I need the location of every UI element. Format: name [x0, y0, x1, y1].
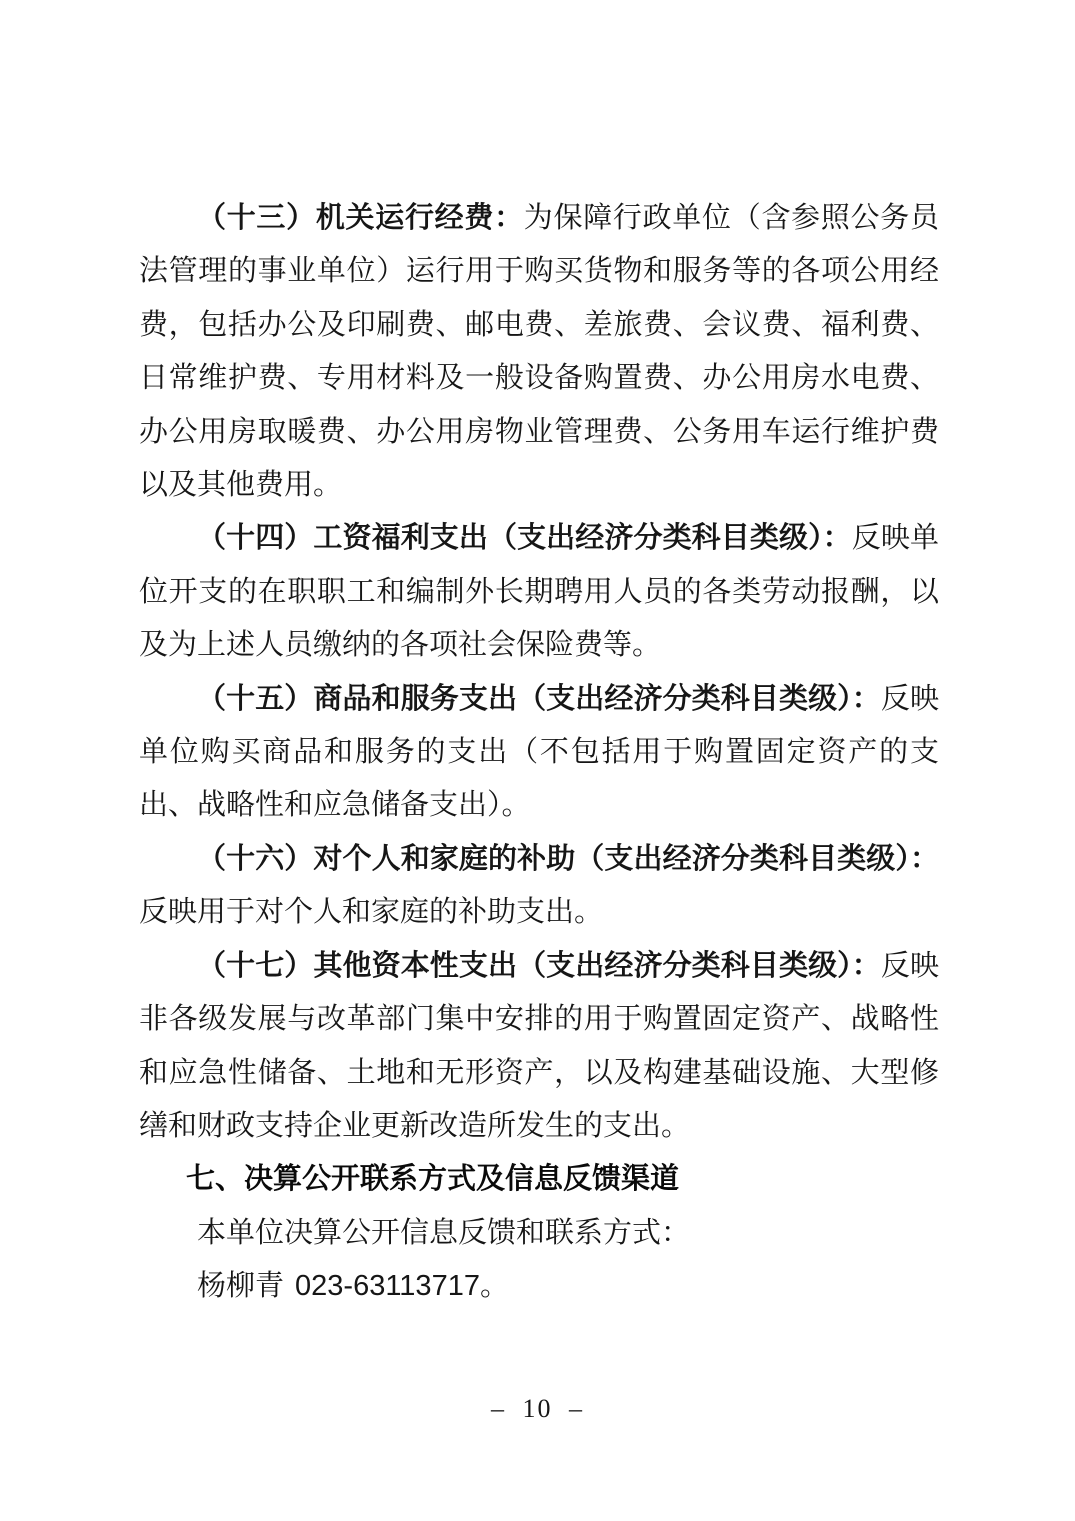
para-17: （十七）其他资本性支出（支出经济分类科目类级）：反映非各级发展与改革部门集中安排…: [139, 940, 939, 1154]
para-14: （十四）工资福利支出（支出经济分类科目类级）：反映单位开支的在职职工和编制外长期…: [139, 512, 939, 672]
section-heading: 七、决算公开联系方式及信息反馈渠道: [139, 1153, 939, 1206]
para-13-lead: （十三）机关运行经费：: [197, 202, 524, 234]
page-footer: – 10 –: [0, 1394, 1075, 1424]
contact-name: 杨柳青: [197, 1270, 284, 1302]
para-15-lead: （十五）商品和服务支出（支出经济分类科目类级）：: [197, 683, 881, 715]
contact-period: 。: [480, 1270, 509, 1302]
para-17-lead: （十七）其他资本性支出（支出经济分类科目类级）：: [197, 950, 881, 982]
para-16-lead: （十六）对个人和家庭的补助（支出经济分类科目类级）：: [197, 843, 939, 875]
contact-line: 杨柳青023-63113717。: [139, 1260, 939, 1313]
para-16: （十六）对个人和家庭的补助（支出经济分类科目类级）：反映用于对个人和家庭的补助支…: [139, 833, 939, 940]
para-16-body: 反映用于对个人和家庭的补助支出。: [139, 896, 603, 928]
para-15: （十五）商品和服务支出（支出经济分类科目类级）：反映单位购买商品和服务的支出（不…: [139, 673, 939, 833]
para-13-body: 为保障行政单位（含参照公务员法管理的事业单位）运行用于购买货物和服务等的各项公用…: [139, 202, 939, 501]
contact-intro: 本单位决算公开信息反馈和联系方式：: [139, 1207, 939, 1260]
para-14-lead: （十四）工资福利支出（支出经济分类科目类级）：: [197, 522, 852, 554]
document-page: （十三）机关运行经费：为保障行政单位（含参照公务员法管理的事业单位）运行用于购买…: [0, 0, 1075, 1521]
para-13: （十三）机关运行经费：为保障行政单位（含参照公务员法管理的事业单位）运行用于购买…: [139, 192, 939, 512]
contact-phone: 023-63113717: [295, 1270, 480, 1302]
document-body: （十三）机关运行经费：为保障行政单位（含参照公务员法管理的事业单位）运行用于购买…: [139, 192, 939, 1314]
page-number: – 10 –: [491, 1394, 584, 1423]
